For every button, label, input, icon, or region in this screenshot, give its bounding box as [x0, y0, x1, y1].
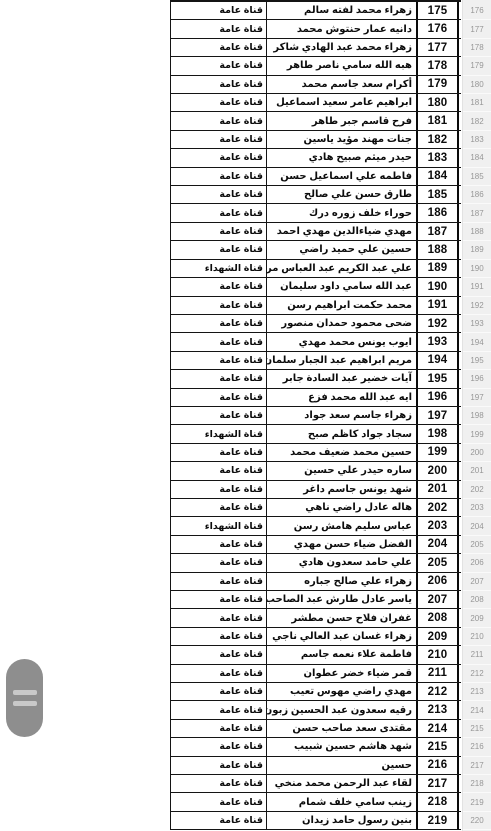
- sheet-row-number[interactable]: 183: [463, 131, 491, 149]
- channel-cell[interactable]: قناة عامة: [170, 628, 266, 645]
- sheet-row-number[interactable]: 203: [463, 499, 491, 517]
- scrollbar-thumb[interactable]: [6, 659, 43, 737]
- channel-cell[interactable]: قناة عامة: [170, 223, 266, 240]
- sheet-row-number[interactable]: 193: [463, 315, 491, 333]
- sheet-row-number[interactable]: 185: [463, 168, 491, 186]
- name-cell[interactable]: مريم ابراهيم عبد الجبار سلمان: [266, 352, 416, 369]
- channel-cell[interactable]: قناة عامة: [170, 76, 266, 93]
- name-cell[interactable]: شهد هاشم حسين شبيب: [266, 738, 416, 755]
- table-row: قناة عامةرقيه سعدون عبد الحسين زبون213: [170, 701, 461, 719]
- channel-cell[interactable]: قناة عامة: [170, 20, 266, 37]
- table-row: قناة عامةجنات مهند مؤيد ياسين182: [170, 131, 461, 149]
- channel-cell[interactable]: قناة عامة: [170, 554, 266, 571]
- sheet-row-number[interactable]: 208: [463, 591, 491, 609]
- serial-number-cell[interactable]: 193: [416, 333, 459, 350]
- table-row: قناة الشهداءعباس سليم هامش رسن203: [170, 517, 461, 535]
- serial-number-cell[interactable]: 176: [416, 20, 459, 37]
- channel-cell[interactable]: قناة عامة: [170, 333, 266, 350]
- name-cell[interactable]: حسين محمد ضعيف محمد: [266, 444, 416, 461]
- serial-number-cell[interactable]: 212: [416, 683, 459, 700]
- channel-cell[interactable]: قناة عامة: [170, 793, 266, 810]
- name-cell[interactable]: ايوب يونس محمد مهدي: [266, 333, 416, 350]
- name-cell[interactable]: ياسر عادل طارش عبد الصاحب: [266, 591, 416, 608]
- table-row: قناة عامةالفضل ضياء حسن مهدي204: [170, 536, 461, 554]
- table-row: قناة عامةزهراء جاسم سعد جواد197: [170, 407, 461, 425]
- serial-number-cell[interactable]: 186: [416, 204, 459, 221]
- channel-cell[interactable]: قناة عامة: [170, 499, 266, 516]
- channel-cell[interactable]: قناة عامة: [170, 609, 266, 626]
- channel-cell[interactable]: قناة عامة: [170, 57, 266, 74]
- table-row: قناة عامةآيات خضير عبد السادة جابر195: [170, 370, 461, 388]
- sheet-row-number[interactable]: 206: [463, 554, 491, 572]
- sheet-row-number[interactable]: 207: [463, 573, 491, 591]
- table-row: قناة عامةحوراء خلف زوره درك186: [170, 204, 461, 222]
- sheet-row-number[interactable]: 184: [463, 149, 491, 167]
- name-cell[interactable]: مهدي راضي مهوس تعيب: [266, 683, 416, 700]
- sheet-row-number[interactable]: 178: [463, 39, 491, 57]
- name-cell[interactable]: هبه الله سامي ناصر طاهر: [266, 57, 416, 74]
- name-cell[interactable]: زهراء محمد عبد الهادي شاكر: [266, 39, 416, 56]
- table-row: قناة عامةهاله عادل راضي ناهي202: [170, 499, 461, 517]
- serial-number-cell[interactable]: 189: [416, 260, 459, 277]
- channel-cell[interactable]: قناة عامة: [170, 370, 266, 387]
- name-cell[interactable]: شهد يونس جاسم داغر: [266, 481, 416, 498]
- sheet-row-number[interactable]: 195: [463, 352, 491, 370]
- sheet-row-number[interactable]: 200: [463, 444, 491, 462]
- name-cell[interactable]: جنات مهند مؤيد ياسين: [266, 131, 416, 148]
- serial-number-cell[interactable]: 214: [416, 720, 459, 737]
- channel-cell[interactable]: قناة عامة: [170, 39, 266, 56]
- serial-number-cell[interactable]: 209: [416, 628, 459, 645]
- sheet-row-number[interactable]: 176: [463, 2, 491, 20]
- sheet-row-number[interactable]: 210: [463, 628, 491, 646]
- table-row: قناة عامةفاطمه علي اسماعيل حسن184: [170, 168, 461, 186]
- sheet-row-number[interactable]: 194: [463, 333, 491, 351]
- sheet-row-number[interactable]: 181: [463, 94, 491, 112]
- row-header-strip: 1761771781791801811821831841851861871881…: [462, 0, 491, 831]
- serial-number-cell[interactable]: 179: [416, 76, 459, 93]
- name-cell[interactable]: ساره حيدر علي حسين: [266, 462, 416, 479]
- table-row: قناة عامةمريم ابراهيم عبد الجبار سلمان19…: [170, 352, 461, 370]
- names-table: قناة عامةزهراء محمد لفته سالم175قناة عام…: [170, 0, 461, 830]
- channel-cell[interactable]: قناة عامة: [170, 665, 266, 682]
- table-row: قناة عامةهبه الله سامي ناصر طاهر178: [170, 57, 461, 75]
- serial-number-cell[interactable]: 198: [416, 425, 459, 442]
- sheet-row-number[interactable]: 190: [463, 260, 491, 278]
- table-row: قناة عامةحسين محمد ضعيف محمد199: [170, 444, 461, 462]
- table-row: قناة عامةزينب سامي خلف شمام218: [170, 793, 461, 811]
- sheet-row-number[interactable]: 201: [463, 462, 491, 480]
- serial-number-cell[interactable]: 192: [416, 315, 459, 332]
- channel-cell[interactable]: قناة عامة: [170, 775, 266, 792]
- serial-number-cell[interactable]: 199: [416, 444, 459, 461]
- sheet-row-number[interactable]: 187: [463, 204, 491, 222]
- sheet-row-number[interactable]: 220: [463, 812, 491, 830]
- sheet-row-number[interactable]: 214: [463, 701, 491, 719]
- name-cell[interactable]: غفران فلاح حسن مطشر: [266, 609, 416, 626]
- serial-number-cell[interactable]: 203: [416, 517, 459, 534]
- channel-cell[interactable]: قناة الشهداء: [170, 425, 266, 442]
- table-row: قناة عامةبنين رسول حامد زيدان219: [170, 812, 461, 830]
- channel-cell[interactable]: قناة عامة: [170, 94, 266, 111]
- channel-cell[interactable]: قناة عامة: [170, 407, 266, 424]
- name-cell[interactable]: عبد الله سامي داود سليمان: [266, 278, 416, 295]
- serial-number-cell[interactable]: 184: [416, 168, 459, 185]
- serial-number-cell[interactable]: 200: [416, 462, 459, 479]
- channel-cell[interactable]: قناة عامة: [170, 536, 266, 553]
- name-cell[interactable]: سجاد جواد كاظم صبح: [266, 425, 416, 442]
- channel-cell[interactable]: قناة عامة: [170, 462, 266, 479]
- serial-number-cell[interactable]: 178: [416, 57, 459, 74]
- serial-number-cell[interactable]: 187: [416, 223, 459, 240]
- sheet-row-number[interactable]: 217: [463, 757, 491, 775]
- table-row: قناة عامةشهد هاشم حسين شبيب215: [170, 738, 461, 756]
- channel-cell[interactable]: قناة عامة: [170, 444, 266, 461]
- name-cell[interactable]: علي عبد الكريم عبد العباس مرزة: [266, 260, 416, 277]
- channel-cell[interactable]: قناة الشهداء: [170, 517, 266, 534]
- table-row: قناة عامةحسين216: [170, 757, 461, 775]
- table-row: قناة عامةمهدي راضي مهوس تعيب212: [170, 683, 461, 701]
- name-cell[interactable]: قمر ضياء خضر عطوان: [266, 665, 416, 682]
- channel-cell[interactable]: قناة الشهداء: [170, 260, 266, 277]
- table-row: قناة عامةغفران فلاح حسن مطشر208: [170, 609, 461, 627]
- sheet-row-number[interactable]: 198: [463, 407, 491, 425]
- sheet-row-number[interactable]: 199: [463, 425, 491, 443]
- table-row: قناة الشهداءسجاد جواد كاظم صبح198: [170, 425, 461, 443]
- channel-cell[interactable]: قناة عامة: [170, 297, 266, 314]
- serial-number-cell[interactable]: 207: [416, 591, 459, 608]
- table-row: قناة عامةأكرام سعد جاسم محمد179: [170, 76, 461, 94]
- name-cell[interactable]: ابراهيم عامر سعيد اسماعيل: [266, 94, 416, 111]
- sheet-row-number[interactable]: 212: [463, 665, 491, 683]
- channel-cell[interactable]: قناة عامة: [170, 204, 266, 221]
- serial-number-cell[interactable]: 195: [416, 370, 459, 387]
- name-cell[interactable]: محمد حكمت ابراهيم رسن: [266, 297, 416, 314]
- sheet-row-number[interactable]: 211: [463, 646, 491, 664]
- channel-cell[interactable]: قناة عامة: [170, 2, 266, 19]
- sheet-row-number[interactable]: 213: [463, 683, 491, 701]
- channel-cell[interactable]: قناة عامة: [170, 591, 266, 608]
- table-row: قناة عامةزهراء علي صالح جباره206: [170, 573, 461, 591]
- table-row: قناة عامةضحى محمود حمدان منصور192: [170, 315, 461, 333]
- table-row: قناة عامةشهد يونس جاسم داغر201: [170, 481, 461, 499]
- name-cell[interactable]: آيات خضير عبد السادة جابر: [266, 370, 416, 387]
- sheet-row-number[interactable]: 182: [463, 112, 491, 130]
- name-cell[interactable]: علي حامد سعدون هادي: [266, 554, 416, 571]
- serial-number-cell[interactable]: 182: [416, 131, 459, 148]
- table-row: قناة عامةفاطمة علاء نعمه جاسم210: [170, 646, 461, 664]
- channel-cell[interactable]: قناة عامة: [170, 646, 266, 663]
- name-cell[interactable]: طارق حسن علي صالح: [266, 186, 416, 203]
- serial-number-cell[interactable]: 210: [416, 646, 459, 663]
- channel-cell[interactable]: قناة عامة: [170, 241, 266, 258]
- sheet-row-number[interactable]: 202: [463, 481, 491, 499]
- serial-number-cell[interactable]: 216: [416, 757, 459, 774]
- sheet-row-number[interactable]: 189: [463, 241, 491, 259]
- channel-cell[interactable]: قناة عامة: [170, 168, 266, 185]
- serial-number-cell[interactable]: 206: [416, 573, 459, 590]
- serial-number-cell[interactable]: 191: [416, 297, 459, 314]
- sheet-row-number[interactable]: 197: [463, 389, 491, 407]
- serial-number-cell[interactable]: 180: [416, 94, 459, 111]
- serial-number-cell[interactable]: 215: [416, 738, 459, 755]
- channel-cell[interactable]: قناة عامة: [170, 389, 266, 406]
- name-cell[interactable]: ايه عبد الله محمد فزع: [266, 389, 416, 406]
- serial-number-cell[interactable]: 202: [416, 499, 459, 516]
- name-cell[interactable]: حسين علي حميد راضي: [266, 241, 416, 258]
- grip-line-icon: [13, 701, 37, 706]
- name-cell[interactable]: زهراء علي صالح جباره: [266, 573, 416, 590]
- sheet-row-number[interactable]: 180: [463, 76, 491, 94]
- name-cell[interactable]: هاله عادل راضي ناهي: [266, 499, 416, 516]
- table-row: قناة عامةايوب يونس محمد مهدي193: [170, 333, 461, 351]
- name-cell[interactable]: رقيه سعدون عبد الحسين زبون: [266, 701, 416, 718]
- name-cell[interactable]: زهراء جاسم سعد جواد: [266, 407, 416, 424]
- spreadsheet-viewport: قناة عامةزهراء محمد لفته سالم175قناة عام…: [0, 0, 491, 831]
- table-row: قناة عامةفرح قاسم جبر طاهر181: [170, 112, 461, 130]
- name-cell[interactable]: حوراء خلف زوره درك: [266, 204, 416, 221]
- sheet-row-number[interactable]: 218: [463, 775, 491, 793]
- serial-number-cell[interactable]: 204: [416, 536, 459, 553]
- table-row: قناة عامةابراهيم عامر سعيد اسماعيل180: [170, 94, 461, 112]
- name-cell[interactable]: الفضل ضياء حسن مهدي: [266, 536, 416, 553]
- name-cell[interactable]: حسين: [266, 757, 416, 774]
- table-row: قناة عامةزهراء محمد لفته سالم175: [170, 2, 461, 20]
- sheet-row-number[interactable]: 204: [463, 517, 491, 535]
- serial-number-cell[interactable]: 183: [416, 149, 459, 166]
- sheet-row-number[interactable]: 186: [463, 186, 491, 204]
- sheet-row-number[interactable]: 205: [463, 536, 491, 554]
- table-row: قناة عامةساره حيدر علي حسين200: [170, 462, 461, 480]
- serial-number-cell[interactable]: 217: [416, 775, 459, 792]
- name-cell[interactable]: أكرام سعد جاسم محمد: [266, 76, 416, 93]
- sheet-row-number[interactable]: 216: [463, 738, 491, 756]
- serial-number-cell[interactable]: 175: [416, 2, 459, 19]
- sheet-row-number[interactable]: 196: [463, 370, 491, 388]
- serial-number-cell[interactable]: 197: [416, 407, 459, 424]
- channel-cell[interactable]: قناة عامة: [170, 738, 266, 755]
- table-row: قناة عامةحسين علي حميد راضي188: [170, 241, 461, 259]
- name-cell[interactable]: ضحى محمود حمدان منصور: [266, 315, 416, 332]
- name-cell[interactable]: فرح قاسم جبر طاهر: [266, 112, 416, 129]
- name-cell[interactable]: بنين رسول حامد زيدان: [266, 812, 416, 829]
- table-row: قناة عامةمهدي ضياءالدين مهدي احمد187: [170, 223, 461, 241]
- table-row: قناة عامةزهراء غسان عبد العالي ناجي209: [170, 628, 461, 646]
- table-row: قناة عامةلقاء عبد الرحمن محمد منخي217: [170, 775, 461, 793]
- table-row: قناة عامةياسر عادل طارش عبد الصاحب207: [170, 591, 461, 609]
- table-row: قناة عامةمقتدى سعد صاحب حسن214: [170, 720, 461, 738]
- table-row: قناة الشهداءعلي عبد الكريم عبد العباس مر…: [170, 260, 461, 278]
- sheet-row-number[interactable]: 191: [463, 278, 491, 296]
- channel-cell[interactable]: قناة عامة: [170, 149, 266, 166]
- channel-cell[interactable]: قناة عامة: [170, 481, 266, 498]
- serial-number-cell[interactable]: 196: [416, 389, 459, 406]
- table-row: قناة عامةمحمد حكمت ابراهيم رسن191: [170, 297, 461, 315]
- channel-cell[interactable]: قناة عامة: [170, 112, 266, 129]
- table-row: قناة عامةعلي حامد سعدون هادي205: [170, 554, 461, 572]
- sheet-row-number[interactable]: 179: [463, 57, 491, 75]
- channel-cell[interactable]: قناة عامة: [170, 186, 266, 203]
- serial-number-cell[interactable]: 185: [416, 186, 459, 203]
- channel-cell[interactable]: قناة عامة: [170, 683, 266, 700]
- name-cell[interactable]: عباس سليم هامش رسن: [266, 517, 416, 534]
- name-cell[interactable]: زهراء غسان عبد العالي ناجي: [266, 628, 416, 645]
- name-cell[interactable]: زينب سامي خلف شمام: [266, 793, 416, 810]
- name-cell[interactable]: مقتدى سعد صاحب حسن: [266, 720, 416, 737]
- channel-cell[interactable]: قناة عامة: [170, 131, 266, 148]
- grip-line-icon: [13, 690, 37, 695]
- channel-cell[interactable]: قناة عامة: [170, 278, 266, 295]
- sheet-row-number[interactable]: 209: [463, 609, 491, 627]
- table-row: قناة عامةقمر ضياء خضر عطوان211: [170, 665, 461, 683]
- sheet-row-number[interactable]: 192: [463, 297, 491, 315]
- serial-number-cell[interactable]: 213: [416, 701, 459, 718]
- channel-cell[interactable]: قناة عامة: [170, 701, 266, 718]
- table-row: قناة عامةحيدر ميثم صبيح هادي183: [170, 149, 461, 167]
- channel-cell[interactable]: قناة عامة: [170, 757, 266, 774]
- name-cell[interactable]: فاطمة علاء نعمه جاسم: [266, 646, 416, 663]
- serial-number-cell[interactable]: 218: [416, 793, 459, 810]
- serial-number-cell[interactable]: 194: [416, 352, 459, 369]
- serial-number-cell[interactable]: 205: [416, 554, 459, 571]
- name-cell[interactable]: دانيه عمار حنتوش محمد: [266, 20, 416, 37]
- table-row: قناة عامةطارق حسن علي صالح185: [170, 186, 461, 204]
- table-row: قناة عامةزهراء محمد عبد الهادي شاكر177: [170, 39, 461, 57]
- name-cell[interactable]: زهراء محمد لفته سالم: [266, 2, 416, 19]
- channel-cell[interactable]: قناة عامة: [170, 352, 266, 369]
- channel-cell[interactable]: قناة عامة: [170, 573, 266, 590]
- sheet-row-number[interactable]: 215: [463, 720, 491, 738]
- name-cell[interactable]: لقاء عبد الرحمن محمد منخي: [266, 775, 416, 792]
- table-row: قناة عامةدانيه عمار حنتوش محمد176: [170, 20, 461, 38]
- channel-cell[interactable]: قناة عامة: [170, 812, 266, 829]
- serial-number-cell[interactable]: 211: [416, 665, 459, 682]
- sheet-row-number[interactable]: 177: [463, 20, 491, 38]
- sheet-row-number[interactable]: 219: [463, 793, 491, 811]
- serial-number-cell[interactable]: 201: [416, 481, 459, 498]
- name-cell[interactable]: حيدر ميثم صبيح هادي: [266, 149, 416, 166]
- name-cell[interactable]: فاطمه علي اسماعيل حسن: [266, 168, 416, 185]
- serial-number-cell[interactable]: 188: [416, 241, 459, 258]
- channel-cell[interactable]: قناة عامة: [170, 720, 266, 737]
- name-cell[interactable]: مهدي ضياءالدين مهدي احمد: [266, 223, 416, 240]
- table-row: قناة عامةعبد الله سامي داود سليمان190: [170, 278, 461, 296]
- channel-cell[interactable]: قناة عامة: [170, 315, 266, 332]
- serial-number-cell[interactable]: 208: [416, 609, 459, 626]
- serial-number-cell[interactable]: 177: [416, 39, 459, 56]
- table-row: قناة عامةايه عبد الله محمد فزع196: [170, 389, 461, 407]
- serial-number-cell[interactable]: 181: [416, 112, 459, 129]
- sheet-row-number[interactable]: 188: [463, 223, 491, 241]
- serial-number-cell[interactable]: 190: [416, 278, 459, 295]
- serial-number-cell[interactable]: 219: [416, 812, 459, 829]
